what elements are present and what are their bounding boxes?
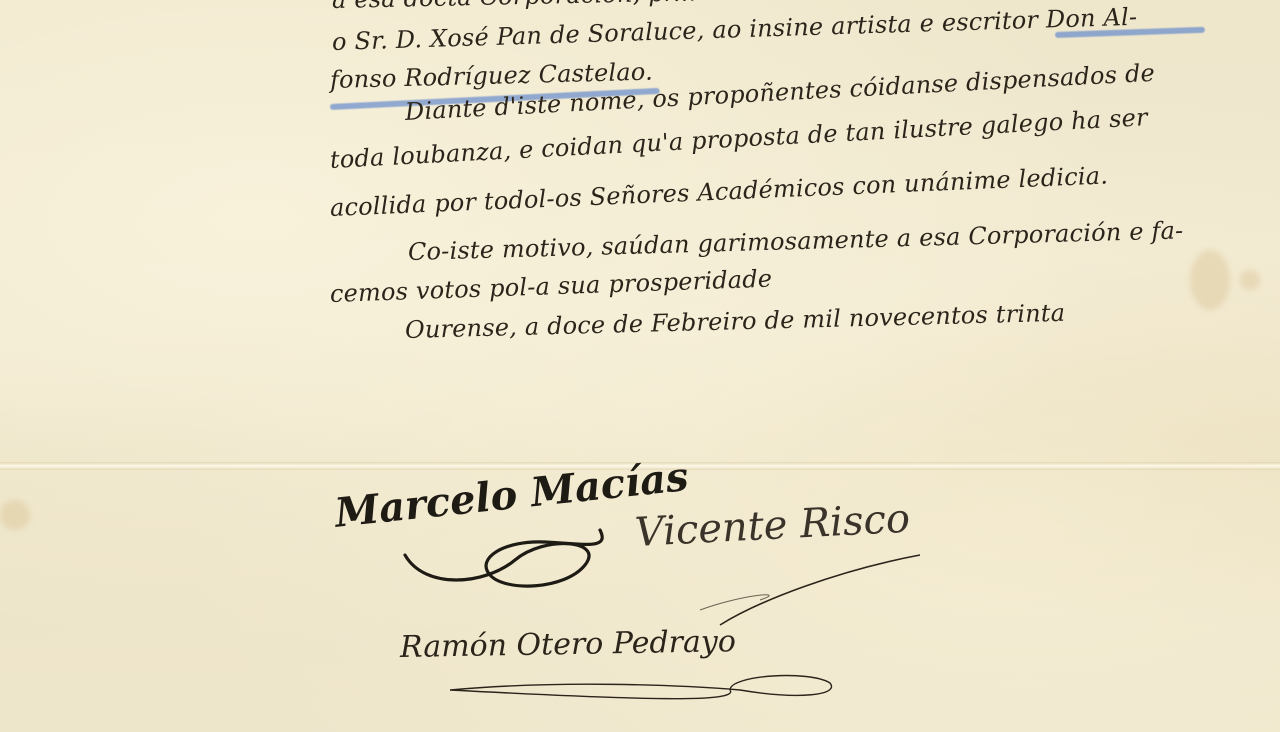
signature-flourish-macias — [395, 520, 615, 600]
signature-ramon-otero-pedrayo: Ramón Otero Pedrayo — [400, 624, 736, 665]
signature-flourish-risco — [640, 550, 930, 630]
paper-stain — [1240, 270, 1260, 290]
signature-flourish-otero — [440, 665, 860, 705]
paper-stain — [0, 500, 30, 530]
paper-stain — [1190, 250, 1230, 310]
